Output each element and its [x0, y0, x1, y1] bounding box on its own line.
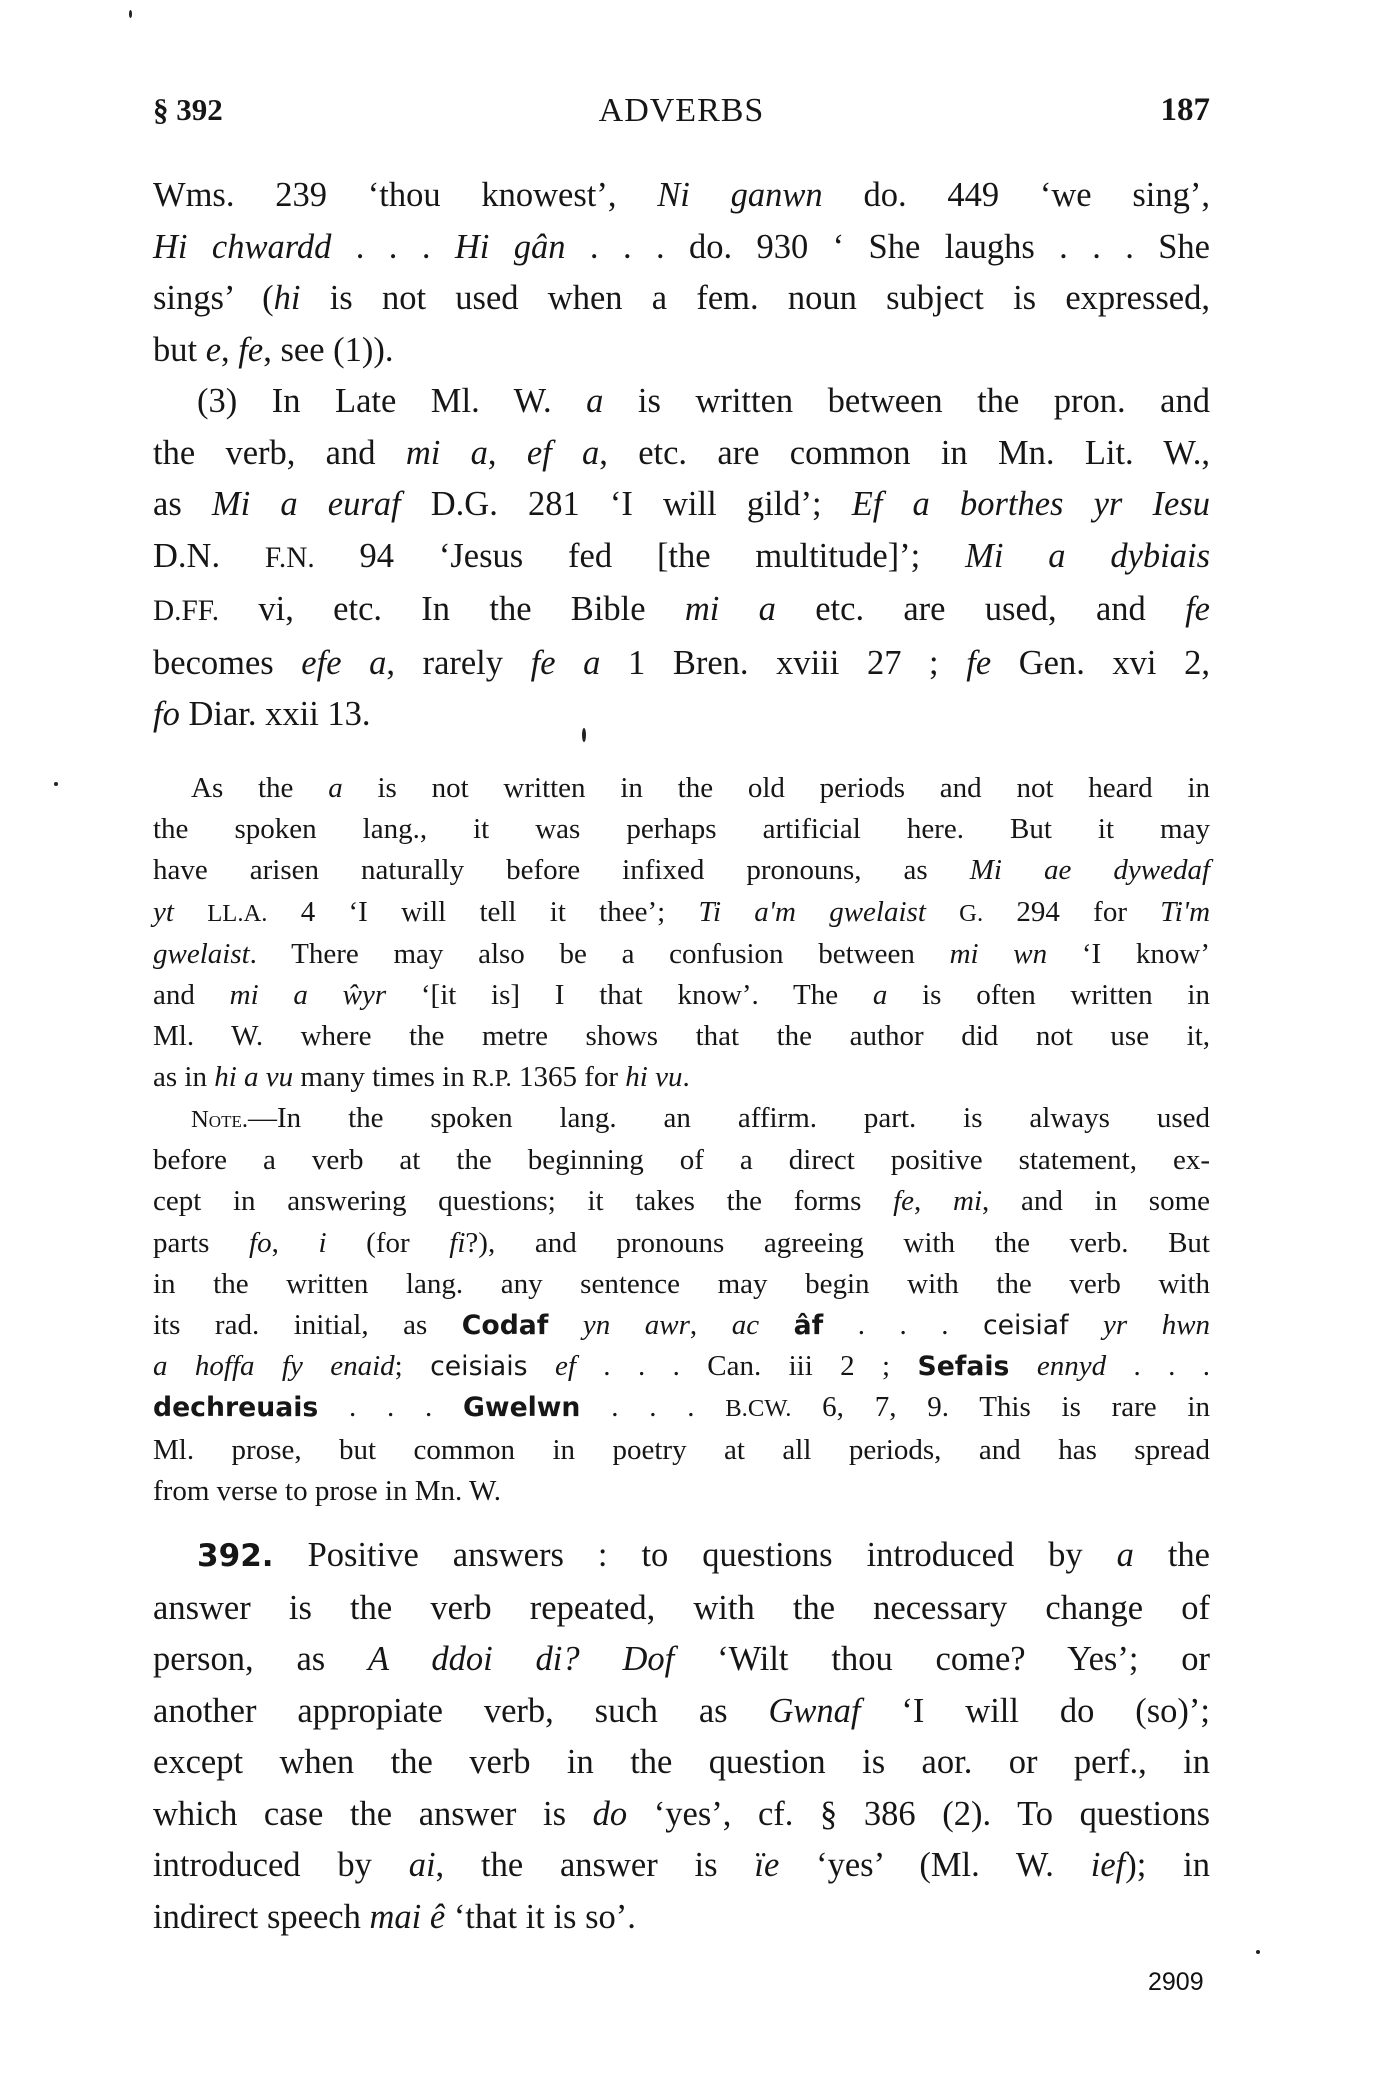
text-line: the spoken lang., it was perhaps artific… — [153, 809, 1210, 850]
text-line: Ml. prose, but common in poetry at all p… — [153, 1430, 1210, 1471]
text-line: answer is the verb repeated, with the ne… — [153, 1583, 1210, 1635]
text-line: As the a is not written in the old perio… — [153, 768, 1210, 809]
text-line: its rad. initial, as Codaf yn awr, ac âf… — [153, 1305, 1210, 1346]
text-line: dechreuais . . . Gwelwn . . . B.CW. 6, 7… — [153, 1387, 1210, 1429]
text-line: and mi a ŵyr ‘[it is] I that know’. The … — [153, 975, 1210, 1016]
note-label: Note. — [191, 1106, 248, 1133]
text-line: Wms. 239 ‘thou knowest’, Ni ganwn do. 44… — [153, 170, 1210, 222]
text-line: from verse to prose in Mn. W. — [153, 1471, 1210, 1512]
small-type-paragraph: As the a is not written in the old perio… — [153, 768, 1210, 1100]
continuation-paragraph: Wms. 239 ‘thou knowest’, Ni ganwn do. 44… — [153, 170, 1210, 376]
text-line: before a verb at the beginning of a dire… — [153, 1140, 1210, 1181]
section-392-paragraph: 392. Positive answers : to questions int… — [153, 1530, 1210, 1943]
text-line: the verb, and mi a, ef a, etc. are commo… — [153, 428, 1210, 480]
text-line: 392. Positive answers : to questions int… — [153, 1530, 1210, 1583]
text-line: Note.—In the spoken lang. an affirm. par… — [153, 1098, 1210, 1140]
text-line: introduced by ai, the answer is ïe ‘yes’… — [153, 1840, 1210, 1892]
text-line: as in hi a vu many times in R.P. 1365 fo… — [153, 1057, 1210, 1099]
subsection-3-paragraph: (3) In Late Ml. W. a is written between … — [153, 376, 1210, 741]
text-line: Hi chwardd . . . Hi gân . . . do. 930 ‘ … — [153, 222, 1210, 274]
text-line: (3) In Late Ml. W. a is written between … — [153, 376, 1210, 428]
scan-stamp-number: 2909 — [1148, 1968, 1204, 1997]
text-line: fo Diar. xxii 13. — [153, 689, 1210, 741]
header-title: ADVERBS — [153, 92, 1210, 130]
scan-speck — [129, 10, 132, 18]
text-line: indirect speech mai ê ‘that it is so’. — [153, 1892, 1210, 1944]
text-line: in the written lang. any sentence may be… — [153, 1264, 1210, 1305]
text-line: parts fo, i (for fi?), and pronouns agre… — [153, 1223, 1210, 1264]
text-line: Ml. W. where the metre shows that the au… — [153, 1016, 1210, 1057]
section-number: 392. — [197, 1538, 274, 1574]
text-line: except when the verb in the question is … — [153, 1737, 1210, 1789]
text-line: have arisen naturally before infixed pro… — [153, 850, 1210, 891]
scan-speck — [1256, 1950, 1260, 1954]
text-line: as Mi a euraf D.G. 281 ‘I will gild’; Ef… — [153, 479, 1210, 531]
scan-speck — [54, 782, 58, 786]
text-line: which case the answer is do ‘yes’, cf. §… — [153, 1789, 1210, 1841]
text-line: cept in answering questions; it takes th… — [153, 1181, 1210, 1222]
text-line: person, as A ddoi di? Dof ‘Wilt thou com… — [153, 1634, 1210, 1686]
text-line: sings’ (hi is not used when a fem. noun … — [153, 273, 1210, 325]
scan-speck — [582, 728, 586, 742]
text-line: D.N. F.N. 94 ‘Jesus fed [the multitude]’… — [153, 531, 1210, 585]
running-header: § 392 ADVERBS 187 — [153, 92, 1210, 138]
text-line: but e, fe, see (1)). — [153, 325, 1210, 377]
page-number: 187 — [1161, 92, 1211, 129]
text-line: another appropiate verb, such as Gwnaf ‘… — [153, 1686, 1210, 1738]
text-line: D.FF. vi, etc. In the Bible mi a etc. ar… — [153, 584, 1210, 638]
text-line: gwelaist. There may also be a confusion … — [153, 934, 1210, 975]
note-paragraph: Note.—In the spoken lang. an affirm. par… — [153, 1098, 1210, 1512]
text-line: becomes efe a, rarely fe a 1 Bren. xviii… — [153, 638, 1210, 690]
text-line: a hoffa fy enaid; ceisiais ef . . . Can.… — [153, 1346, 1210, 1387]
text-line: yt LL.A. 4 ‘I will tell it thee’; Ti a'm… — [153, 892, 1210, 934]
